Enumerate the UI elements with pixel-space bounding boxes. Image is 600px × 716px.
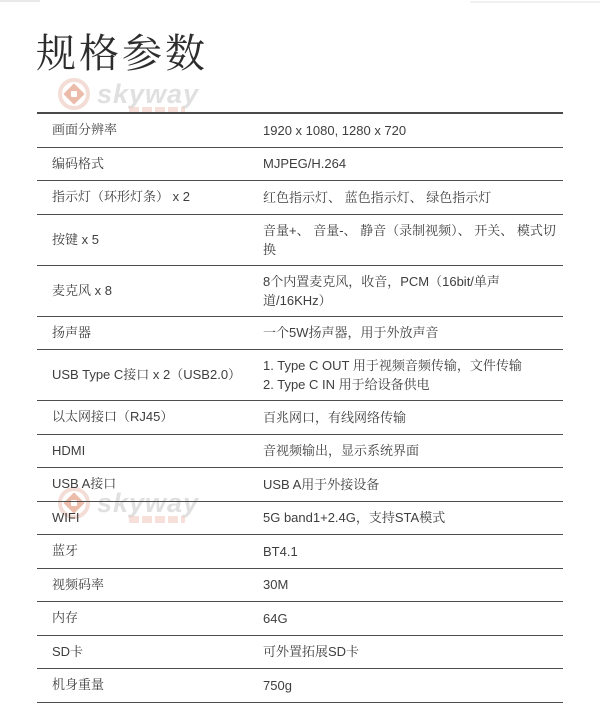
spec-value-line: 音视频输出，显示系统界面 bbox=[263, 441, 559, 460]
spec-value-line: MJPEG/H.264 bbox=[263, 154, 559, 173]
spec-row: SD卡 可外置拓展SD卡 bbox=[37, 636, 563, 670]
spec-value-line: 30M bbox=[263, 575, 559, 594]
spec-value: 百兆网口，有线网络传输 bbox=[263, 408, 563, 427]
spec-row: 编码格式 MJPEG/H.264 bbox=[37, 148, 563, 182]
spec-value-line: 1920 x 1080, 1280 x 720 bbox=[263, 121, 559, 140]
spec-value-line: USB A用于外接设备 bbox=[263, 475, 559, 494]
spec-label: USB A接口 bbox=[37, 475, 263, 493]
spec-value-line: 1. Type C OUT 用于视频音频传输，文件传输 bbox=[263, 356, 559, 375]
spec-row: HDMI 音视频输出，显示系统界面 bbox=[37, 435, 563, 469]
scan-artifact-top-left bbox=[0, 0, 40, 2]
spec-value-line: 可外置拓展SD卡 bbox=[263, 642, 559, 661]
spec-value-line: 8个内置麦克风，收音，PCM（16bit/单声道/16KHz） bbox=[263, 272, 559, 310]
spec-row: USB Type C接口 x 2（USB2.0） 1. Type C OUT 用… bbox=[37, 350, 563, 401]
spec-value: USB A用于外接设备 bbox=[263, 475, 563, 494]
scan-artifact-top-right bbox=[470, 1, 600, 3]
spec-label: 麦克风 x 8 bbox=[37, 282, 263, 300]
spec-table: 画面分辨率 1920 x 1080, 1280 x 720 编码格式 MJPEG… bbox=[37, 112, 563, 703]
spec-value: MJPEG/H.264 bbox=[263, 154, 563, 173]
spec-label: 机身重量 bbox=[37, 676, 263, 694]
spec-label: 指示灯（环形灯条） x 2 bbox=[37, 188, 263, 206]
spec-value: 1920 x 1080, 1280 x 720 bbox=[263, 121, 563, 140]
spec-label: 内存 bbox=[37, 609, 263, 627]
spec-label: USB Type C接口 x 2（USB2.0） bbox=[37, 366, 263, 384]
page-title: 规格参数 bbox=[36, 32, 208, 76]
spec-value: 可外置拓展SD卡 bbox=[263, 642, 563, 661]
spec-value: 8个内置麦克风，收音，PCM（16bit/单声道/16KHz） bbox=[263, 272, 563, 310]
spec-value: 5G band1+2.4G，支持STA模式 bbox=[263, 508, 563, 527]
spec-value-line: 5G band1+2.4G，支持STA模式 bbox=[263, 508, 559, 527]
spec-value-line: 750g bbox=[263, 676, 559, 695]
spec-value-line: 百兆网口，有线网络传输 bbox=[263, 408, 559, 427]
spec-value: 一个5W扬声器，用于外放声音 bbox=[263, 323, 563, 342]
spec-value-line: 一个5W扬声器，用于外放声音 bbox=[263, 323, 559, 342]
spec-value-line: 音量+、 音量-、 静音（录制视频）、 开关、 模式切换 bbox=[263, 221, 559, 259]
spec-value: 音量+、 音量-、 静音（录制视频）、 开关、 模式切换 bbox=[263, 221, 563, 259]
spec-row: 指示灯（环形灯条） x 2 红色指示灯、 蓝色指示灯、 绿色指示灯 bbox=[37, 181, 563, 215]
spec-row: 扬声器 一个5W扬声器，用于外放声音 bbox=[37, 317, 563, 351]
spec-row: WIFI 5G band1+2.4G，支持STA模式 bbox=[37, 502, 563, 536]
brand-watermark: skyway bbox=[58, 78, 199, 110]
spec-label: WIFI bbox=[37, 509, 263, 527]
spec-label: HDMI bbox=[37, 442, 263, 460]
spec-row: USB A接口 USB A用于外接设备 bbox=[37, 468, 563, 502]
spec-value: 64G bbox=[263, 609, 563, 628]
brand-logo-icon bbox=[58, 78, 90, 110]
spec-row: 以太网接口（RJ45） 百兆网口，有线网络传输 bbox=[37, 401, 563, 435]
spec-value: 音视频输出，显示系统界面 bbox=[263, 441, 563, 460]
brand-name: skyway bbox=[97, 81, 199, 108]
spec-value: 30M bbox=[263, 575, 563, 594]
spec-value-line: 64G bbox=[263, 609, 559, 628]
spec-value-line: 红色指示灯、 蓝色指示灯、 绿色指示灯 bbox=[263, 188, 559, 207]
spec-row: 麦克风 x 8 8个内置麦克风，收音，PCM（16bit/单声道/16KHz） bbox=[37, 266, 563, 317]
spec-value: 红色指示灯、 蓝色指示灯、 绿色指示灯 bbox=[263, 188, 563, 207]
spec-label: 编码格式 bbox=[37, 155, 263, 173]
spec-label: 蓝牙 bbox=[37, 542, 263, 560]
spec-row: 内存 64G bbox=[37, 602, 563, 636]
spec-row: 画面分辨率 1920 x 1080, 1280 x 720 bbox=[37, 114, 563, 148]
spec-row: 视频码率 30M bbox=[37, 569, 563, 603]
spec-value: 1. Type C OUT 用于视频音频传输，文件传输2. Type C IN … bbox=[263, 356, 563, 394]
spec-row: 蓝牙 BT4.1 bbox=[37, 535, 563, 569]
spec-label: 画面分辨率 bbox=[37, 121, 263, 139]
spec-label: SD卡 bbox=[37, 643, 263, 661]
spec-value: BT4.1 bbox=[263, 542, 563, 561]
spec-label: 按键 x 5 bbox=[37, 231, 263, 249]
spec-label: 视频码率 bbox=[37, 576, 263, 594]
spec-value: 750g bbox=[263, 676, 563, 695]
spec-row: 机身重量 750g bbox=[37, 669, 563, 703]
spec-value-line: BT4.1 bbox=[263, 542, 559, 561]
spec-label: 以太网接口（RJ45） bbox=[37, 408, 263, 426]
spec-value-line: 2. Type C IN 用于给设备供电 bbox=[263, 375, 559, 394]
spec-row: 按键 x 5 音量+、 音量-、 静音（录制视频）、 开关、 模式切换 bbox=[37, 215, 563, 266]
spec-label: 扬声器 bbox=[37, 324, 263, 342]
